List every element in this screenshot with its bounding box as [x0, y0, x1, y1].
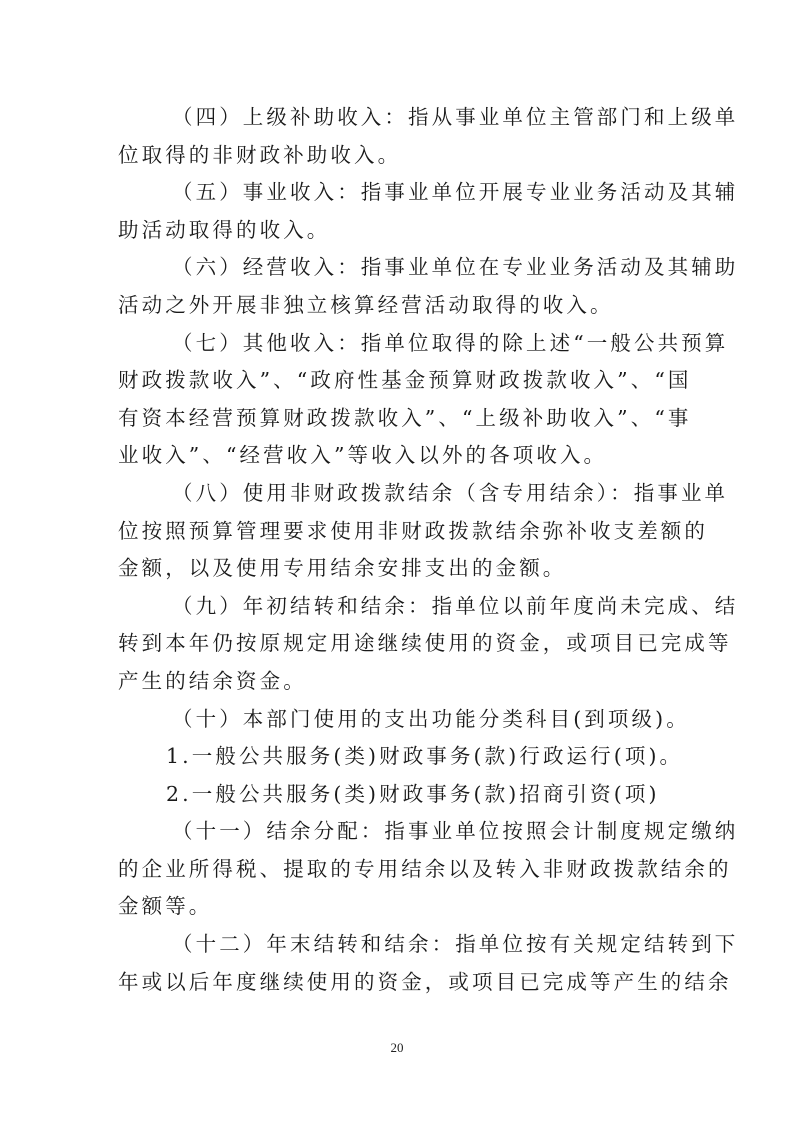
paragraph-7-line-1: （七）其他收入：指单位取得的除上述“一般公共预算 [118, 325, 674, 363]
paragraph-12-line-1: （十二）年末结转和结余：指单位按有关规定结转到下 [118, 926, 674, 964]
paragraph-11-line-3: 金额等。 [118, 888, 674, 926]
page-number: 20 [0, 1040, 794, 1056]
paragraph-4-line-1: （四）上级补助收入：指从事业单位主管部门和上级单 [118, 99, 674, 137]
paragraph-9-line-2: 转到本年仍按原规定用途继续使用的资金，或项目已完成等 [118, 625, 674, 663]
list-item-1: 1.一般公共服务(类)财政事务(款)行政运行(项)。 [118, 738, 674, 776]
paragraph-6-line-2: 活动之外开展非独立核算经营活动取得的收入。 [118, 287, 674, 325]
paragraph-9-line-1: （九）年初结转和结余：指单位以前年度尚未完成、结 [118, 588, 674, 626]
paragraph-7-line-4: 业收入”、“经营收入”等收入以外的各项收入。 [118, 437, 674, 475]
paragraph-11-line-1: （十一）结余分配：指事业单位按照会计制度规定缴纳 [118, 813, 674, 851]
paragraph-4-line-2: 位取得的非财政补助收入。 [118, 137, 674, 175]
paragraph-9-line-3: 产生的结余资金。 [118, 663, 674, 701]
paragraph-8-line-2: 位按照预算管理要求使用非财政拨款结余弥补收支差额的 [118, 513, 674, 551]
paragraph-7-line-3: 有资本经营预算财政拨款收入”、“上级补助收入”、“事 [118, 400, 674, 438]
paragraph-8-line-1: （八）使用非财政拨款结余（含专用结余）：指事业单 [118, 475, 674, 513]
paragraph-5-line-1: （五）事业收入：指事业单位开展专业业务活动及其辅 [118, 174, 674, 212]
paragraph-10-line-1: （十）本部门使用的支出功能分类科目(到项级)。 [118, 701, 674, 739]
paragraph-5-line-2: 助活动取得的收入。 [118, 212, 674, 250]
paragraph-8-line-3: 金额，以及使用专用结余安排支出的金额。 [118, 550, 674, 588]
document-page: （四）上级补助收入：指从事业单位主管部门和上级单 位取得的非财政补助收入。 （五… [118, 99, 674, 1001]
paragraph-7-line-2: 财政拨款收入”、“政府性基金预算财政拨款收入”、“国 [118, 362, 674, 400]
list-item-2: 2.一般公共服务(类)财政事务(款)招商引资(项) [118, 776, 674, 814]
paragraph-12-line-2: 年或以后年度继续使用的资金，或项目已完成等产生的结余 [118, 964, 674, 1002]
paragraph-11-line-2: 的企业所得税、提取的专用结余以及转入非财政拨款结余的 [118, 851, 674, 889]
paragraph-6-line-1: （六）经营收入：指事业单位在专业业务活动及其辅助 [118, 249, 674, 287]
